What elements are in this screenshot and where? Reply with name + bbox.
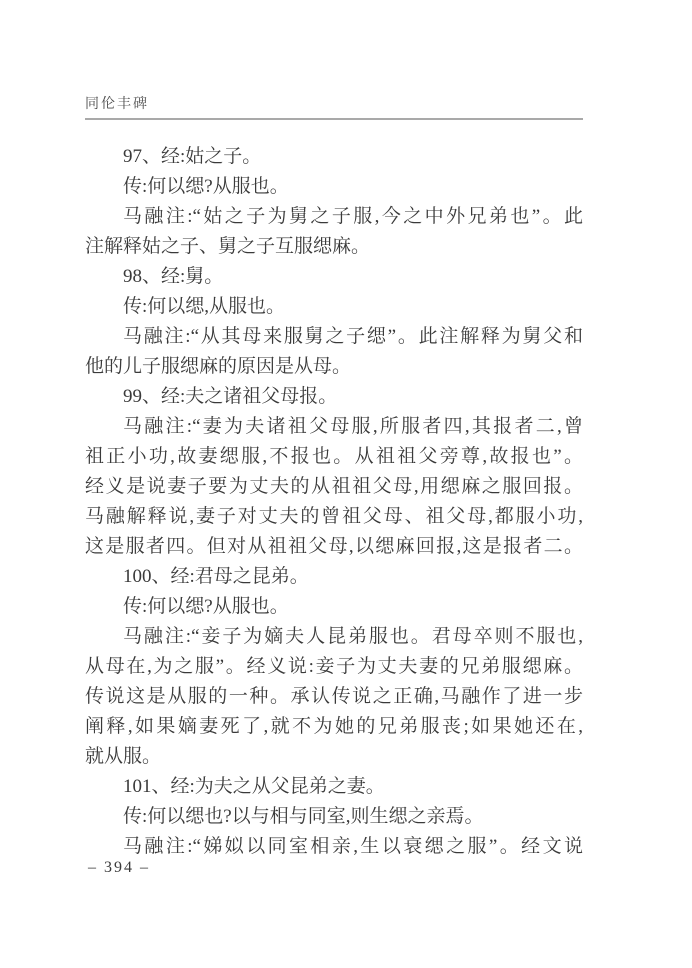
text-line: 101、经:为夫之从父昆弟之妻。 [85,772,583,802]
body-text: 97、经:姑之子。传:何以缌?从服也。马融注:“姑之子为舅之子服,今之中外兄弟也… [85,142,583,862]
text-line: 从母在,为之服”。经义说:妾子为丈夫妻的兄弟服缌麻。 [85,652,583,682]
text-line: 马融注:“娣姒以同室相亲,生以衰缌之服”。经文说 [85,832,583,862]
text-line: 传:何以缌?从服也。 [85,592,583,622]
text-line: 经义是说妻子要为丈夫的从祖祖父母,用缌麻之服回报。 [85,472,583,502]
text-line: 马融注:“从其母来服舅之子缌”。此注解释为舅父和 [85,322,583,352]
running-head-title: 同伦丰碑 [85,97,149,113]
page-footer: – 394 – [88,859,150,877]
text-line: 马融注:“姑之子为舅之子服,今之中外兄弟也”。此 [85,202,583,232]
text-line: 他的儿子服缌麻的原因是从母。 [85,352,583,382]
text-line: 这是服者四。但对从祖祖父母,以缌麻回报,这是报者二。 [85,532,583,562]
text-line: 98、经:舅。 [85,262,583,292]
page-number: – 394 – [88,859,150,876]
header-rule [85,118,583,120]
running-head: 同伦丰碑 [85,95,583,120]
text-line: 传:何以缌,从服也。 [85,292,583,322]
text-line: 传:何以缌?从服也。 [85,172,583,202]
text-line: 祖正小功,故妻缌服,不报也。从祖祖父旁尊,故报也”。 [85,442,583,472]
text-line: 注解释姑之子、舅之子互服缌麻。 [85,232,583,262]
text-line: 100、经:君母之昆弟。 [85,562,583,592]
text-line: 99、经:夫之诸祖父母报。 [85,382,583,412]
text-line: 传说这是从服的一种。承认传说之正确,马融作了进一步 [85,682,583,712]
text-line: 传:何以缌也?以与相与同室,则生缌之亲焉。 [85,802,583,832]
text-line: 马融注:“妻为夫诸祖父母服,所服者四,其报者二,曾 [85,412,583,442]
text-line: 阐释,如果嫡妻死了,就不为她的兄弟服丧;如果她还在, [85,712,583,742]
document-page: 同伦丰碑 97、经:姑之子。传:何以缌?从服也。马融注:“姑之子为舅之子服,今之… [0,0,692,968]
text-line: 97、经:姑之子。 [85,142,583,172]
text-line: 马融解释说,妻子对丈夫的曾祖父母、祖父母,都服小功, [85,502,583,532]
text-line: 就从服。 [85,742,583,772]
text-line: 马融注:“妾子为嫡夫人昆弟服也。君母卒则不服也, [85,622,583,652]
